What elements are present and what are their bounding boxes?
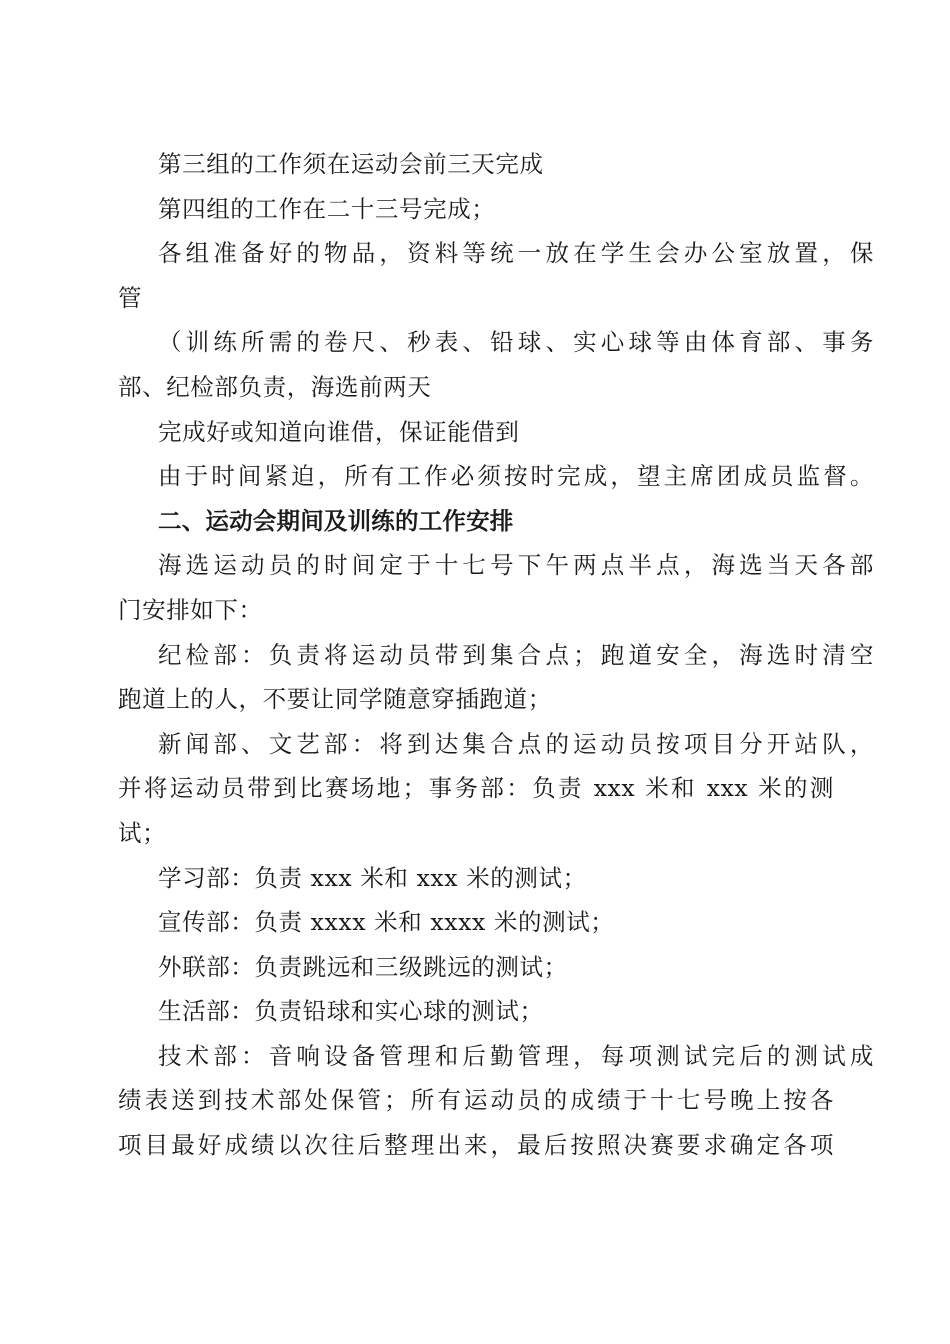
text-line-news-arts-dept: 新闻部、文艺部：将到达集合点的运动员按项目分开站队， <box>118 722 874 767</box>
section-heading-2: 二、运动会期间及训练的工作安排 <box>118 499 834 544</box>
text-line-news-arts-dept-cont: 并将运动员带到比赛场地；事务部：负责 xxx 米和 xxx 米的测 <box>118 766 834 811</box>
text-line-discipline-dept: 纪检部：负责将运动员带到集合点；跑道安全，海选时清空 <box>118 633 874 678</box>
text-line-storage-cont: 管 <box>118 276 834 321</box>
text-line-publicity-dept: 宣传部：负责 xxxx 米和 xxxx 米的测试； <box>118 900 834 945</box>
text-line-discipline-dept-cont: 跑道上的人，不要让同学随意穿插跑道； <box>118 677 834 722</box>
text-line-selection-time: 海选运动员的时间定于十七号下午两点半点，海选当天各部 <box>118 543 874 588</box>
text-line-equipment: （训练所需的卷尺、秒表、铅球、实心球等由体育部、事务 <box>118 320 874 365</box>
text-line-borrow: 完成好或知道向谁借，保证能借到 <box>118 410 834 455</box>
text-line-news-arts-dept-cont2: 试； <box>118 811 834 856</box>
text-line-study-dept: 学习部：负责 xxx 米和 xxx 米的测试； <box>118 856 834 901</box>
text-line-tech-dept-cont2: 项目最好成绩以次往后整理出来，最后按照决赛要求确定各项 <box>118 1123 834 1168</box>
text-line-storage: 各组准备好的物品，资料等统一放在学生会办公室放置，保 <box>118 231 874 276</box>
text-line-external-dept: 外联部：负责跳远和三级跳远的测试； <box>118 945 834 990</box>
text-line-tech-dept-cont: 绩表送到技术部处保管；所有运动员的成绩于十七号晚上按各 <box>118 1078 834 1123</box>
text-line-selection-time-cont: 门安排如下： <box>118 588 834 633</box>
text-line-group4-deadline: 第四组的工作在二十三号完成； <box>118 187 834 232</box>
text-line-group3-deadline: 第三组的工作须在运动会前三天完成 <box>118 142 834 187</box>
document-page: 第三组的工作须在运动会前三天完成 第四组的工作在二十三号完成； 各组准备好的物品… <box>118 142 834 1168</box>
text-line-tech-dept: 技术部：音响设备管理和后勤管理，每项测试完后的测试成 <box>118 1034 874 1079</box>
text-line-life-dept: 生活部：负责铅球和实心球的测试； <box>118 989 834 1034</box>
text-line-equipment-cont: 部、纪检部负责，海选前两天 <box>118 365 834 410</box>
text-line-urgency: 由于时间紧迫，所有工作必须按时完成，望主席团成员监督。 <box>118 454 874 499</box>
